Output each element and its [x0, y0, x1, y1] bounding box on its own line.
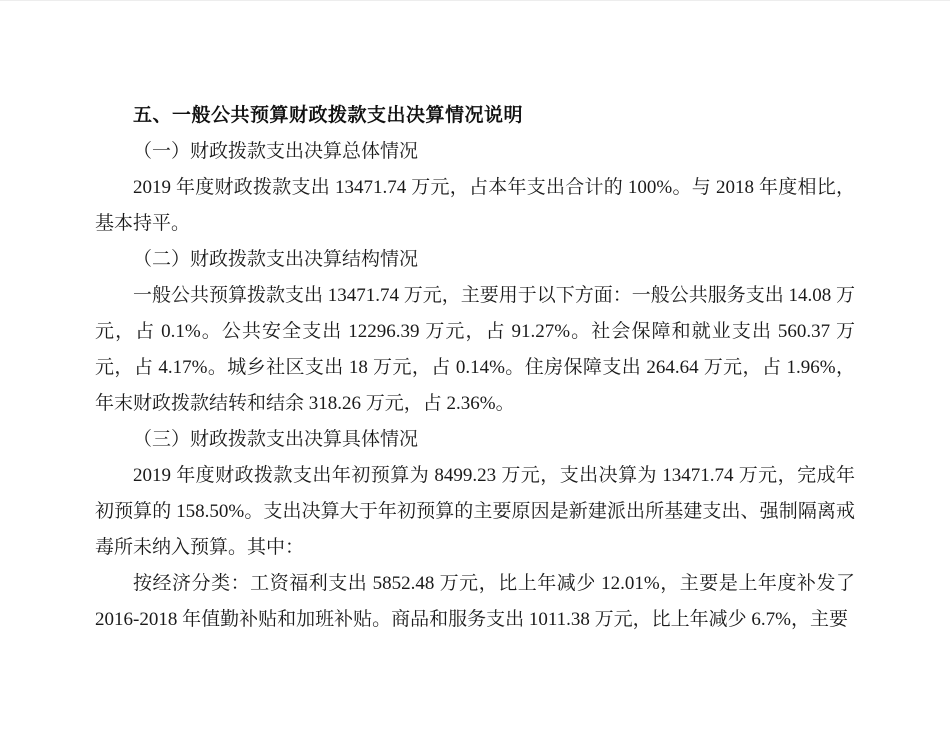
- paragraph-overall-situation: 2019 年度财政拨款支出 13471.74 万元，占本年支出合计的 100%。…: [95, 170, 855, 242]
- document-text-area: 五、一般公共预算财政拨款支出决算情况说明 （一）财政拨款支出决算总体情况 201…: [95, 98, 855, 638]
- section-heading: 五、一般公共预算财政拨款支出决算情况说明: [95, 98, 855, 134]
- paragraph-economic-classification: 按经济分类：工资福利支出 5852.48 万元，比上年减少 12.01%，主要是…: [95, 566, 855, 638]
- document-page: 五、一般公共预算财政拨款支出决算情况说明 （一）财政拨款支出决算总体情况 201…: [0, 0, 950, 734]
- subheading-part-3: （三）财政拨款支出决算具体情况: [95, 422, 855, 458]
- subheading-part-1: （一）财政拨款支出决算总体情况: [95, 134, 855, 170]
- paragraph-budget-vs-final: 2019 年度财政拨款支出年初预算为 8499.23 万元，支出决算为 1347…: [95, 458, 855, 566]
- subheading-part-2: （二）财政拨款支出决算结构情况: [95, 242, 855, 278]
- paragraph-structure-breakdown: 一般公共预算拨款支出 13471.74 万元，主要用于以下方面：一般公共服务支出…: [95, 278, 855, 422]
